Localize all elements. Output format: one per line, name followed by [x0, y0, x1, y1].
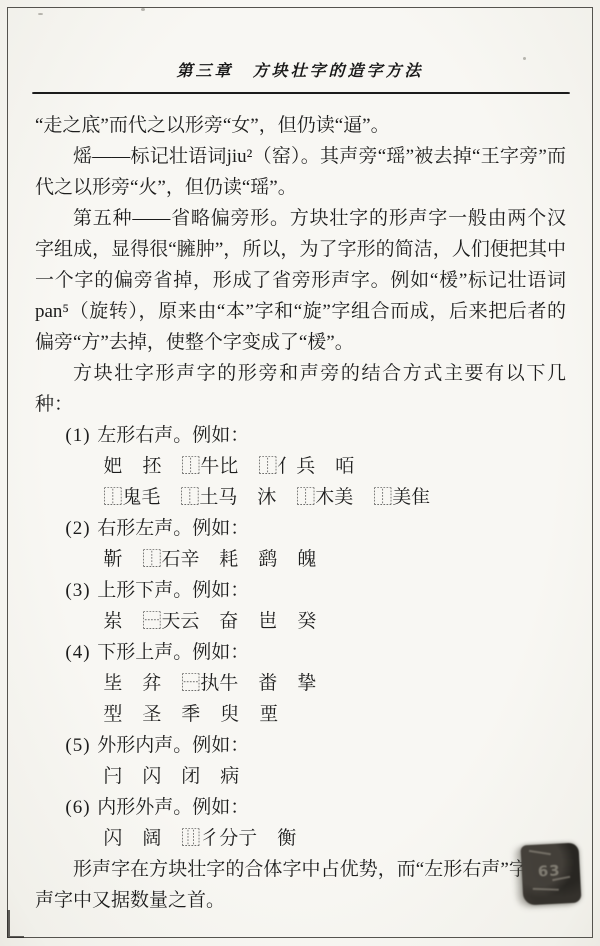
- example-character: 衡: [277, 823, 296, 854]
- example-character: 沐: [257, 482, 276, 513]
- section-bottom-form-top-sound: (4)下形上声。例如： 坒弅⿱执牛畨挚 型圣秊臾垔: [35, 637, 566, 730]
- example-character: 妑: [103, 451, 122, 482]
- paragraph-combination-intro: 方块壮字形声字的形旁和声旁的结合方式主要有以下几种：: [35, 358, 566, 420]
- body-text: “走之底”而代之以形旁“女”，但仍读“逼”。 熎——标记壮语词jiu²（窑）。其…: [35, 110, 566, 916]
- example-character: 靳: [103, 544, 122, 575]
- example-character: ⿰牛比: [181, 451, 238, 482]
- example-character: 魄: [297, 544, 316, 575]
- example-character: 臾: [220, 699, 239, 730]
- section-number: (2): [65, 518, 90, 539]
- example-character: 型: [103, 699, 122, 730]
- section-title: 右形左声。例如：: [97, 518, 249, 539]
- example-character-row: 坒弅⿱执牛畨挚: [35, 668, 566, 699]
- chapter-running-head: 第三章 方块壮字的造字方法: [0, 58, 600, 81]
- example-character-row: 妑抷⿰牛比⿰亻兵咟: [35, 451, 566, 482]
- section-title: 左形右声。例如：: [97, 425, 249, 446]
- example-character-row: ⿰鬼毛⿰土马沐⿰木美⿰美隹: [35, 482, 566, 513]
- section-inner-form-outer-sound: (6)内形外声。例如： 闪阔⿲彳分亍衡: [35, 792, 566, 854]
- example-character: 秊: [181, 699, 200, 730]
- example-character: 垔: [259, 699, 278, 730]
- paragraph-closing: 形声字在方块壮字的合体字中占优势，而“左形右声”字在形声字中又据数量之首。: [35, 854, 566, 916]
- section-left-form-right-sound: (1)左形右声。例如： 妑抷⿰牛比⿰亻兵咟 ⿰鬼毛⿰土马沐⿰木美⿰美隹: [35, 420, 566, 513]
- example-character-row: 型圣秊臾垔: [35, 699, 566, 730]
- example-character: ⿰石辛: [142, 544, 199, 575]
- example-character: ⿱天云: [142, 606, 199, 637]
- example-character: ⿰木美: [296, 482, 353, 513]
- example-character: 闪: [103, 823, 122, 854]
- section-right-form-left-sound: (2)右形左声。例如： 靳⿰石辛耗鹞魄: [35, 513, 566, 575]
- example-character: ⿰土马: [180, 482, 237, 513]
- example-character: ⿱执牛: [181, 668, 238, 699]
- paragraph-fifth-type: 第五种——省略偏旁形。方块壮字的形声字一般由两个汉字组成，显得很“臃肿”，所以，…: [35, 203, 566, 358]
- section-title: 外形内声。例如：: [97, 735, 249, 756]
- scan-speck: [38, 13, 43, 15]
- section-number: (3): [65, 580, 90, 601]
- section-title: 上形下声。例如：: [97, 580, 249, 601]
- scan-speck: [141, 8, 145, 11]
- section-number: (5): [65, 735, 90, 756]
- example-character: 阔: [142, 823, 161, 854]
- example-character: 癸: [297, 606, 316, 637]
- example-character: 闭: [181, 761, 200, 792]
- paragraph-continuation: “走之底”而代之以形旁“女”，但仍读“逼”。: [35, 110, 566, 141]
- example-character: 奋: [219, 606, 238, 637]
- example-character: 耗: [219, 544, 238, 575]
- example-character-row: 闩闪闭病: [35, 761, 566, 792]
- example-character-row: 闪阔⿲彳分亍衡: [35, 823, 566, 854]
- section-title: 下形上声。例如：: [97, 642, 249, 663]
- example-character: 岽: [103, 606, 122, 637]
- ink-stamp-blot: 63: [520, 843, 581, 906]
- example-character: 岜: [258, 606, 277, 637]
- example-character: 闪: [142, 761, 161, 792]
- scan-speck: [523, 57, 526, 60]
- example-character-row: 靳⿰石辛耗鹞魄: [35, 544, 566, 575]
- section-number: (4): [65, 642, 90, 663]
- example-character: ⿰亻兵: [258, 451, 315, 482]
- example-character: 咟: [335, 451, 354, 482]
- example-character: 病: [220, 761, 239, 792]
- example-character: 坒: [103, 668, 122, 699]
- example-character: 弅: [142, 668, 161, 699]
- example-character: ⿲彳分亍: [181, 823, 257, 854]
- example-character: 挚: [297, 668, 316, 699]
- example-character: 鹞: [258, 544, 277, 575]
- example-character: ⿰美隹: [373, 482, 430, 513]
- example-character: ⿰鬼毛: [103, 482, 160, 513]
- section-number: (6): [65, 797, 90, 818]
- example-character: 圣: [142, 699, 161, 730]
- paragraph-yao-example: 熎——标记壮语词jiu²（窑）。其声旁“瑶”被去掉“王字旁”而代之以形旁“火”，…: [35, 141, 566, 203]
- section-top-form-bottom-sound: (3)上形下声。例如： 岽⿱天云奋岜癸: [35, 575, 566, 637]
- section-title: 内形外声。例如：: [97, 797, 249, 818]
- example-character: 畨: [258, 668, 277, 699]
- scanned-book-page: 第三章 方块壮字的造字方法 “走之底”而代之以形旁“女”，但仍读“逼”。 熎——…: [0, 0, 600, 946]
- section-number: (1): [65, 425, 90, 446]
- example-character: 闩: [103, 761, 122, 792]
- section-outer-form-inner-sound: (5)外形内声。例如： 闩闪闭病: [35, 730, 566, 792]
- example-character-row: 岽⿱天云奋岜癸: [35, 606, 566, 637]
- example-character: 抷: [142, 451, 161, 482]
- header-rule: [32, 92, 570, 94]
